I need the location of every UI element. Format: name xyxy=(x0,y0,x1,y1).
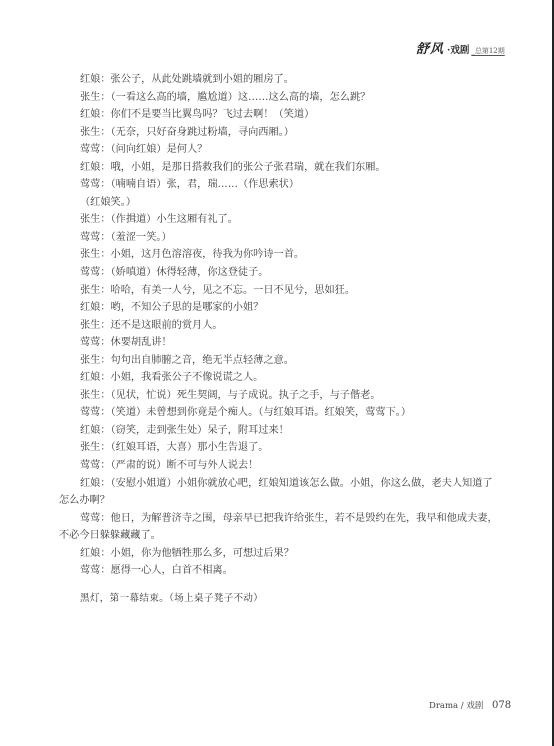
footer-section-label: Drama / 戏剧 xyxy=(429,701,483,711)
dialogue-line: 莺莺：（问向红娘）是何人？ xyxy=(59,141,529,159)
section-label: ·戏剧 xyxy=(447,42,469,56)
dialogue-continuation: 不必今日躲躲藏藏了。 xyxy=(59,527,529,545)
page-header: 舒风 ·戏剧 _总第12期 xyxy=(416,38,505,54)
dialogue-line: 张生：（一看这么高的墙，尴尬道）这……这么高的墙，怎么跳？ xyxy=(59,89,529,107)
dialogue-line: 红娘：（安慰小姐道）小姐你就放心吧，红娘知道该怎么做。小姐，你这么做，老夫人知道… xyxy=(59,475,529,493)
dialogue-line: 红娘：哟，不知公子思的是哪家的小姐？ xyxy=(59,299,529,317)
stage-direction: （红娘笑。） xyxy=(59,194,529,212)
script-body: 红娘：张公子，从此处跳墙就到小姐的厢房了。 张生：（一看这么高的墙，尴尬道）这…… xyxy=(59,71,529,580)
dialogue-line: 红娘：哦，小姐，是那日搭救我们的张公子张君瑞，就在我们东厢。 xyxy=(59,159,529,177)
dialogue-line: 张生：还不是这眼前的赏月人。 xyxy=(59,317,529,335)
page-number: 078 xyxy=(492,700,511,711)
dialogue-line: 红娘：你们不是要当比翼鸟吗？飞过去啊！（笑道） xyxy=(59,106,529,124)
dialogue-line: 张生：句句出自肺腑之音，绝无半点轻薄之意。 xyxy=(59,352,529,370)
scene-end-direction: 黑灯，第一幕结束。（场上桌子凳子不动） xyxy=(80,590,263,604)
dialogue-line: 红娘：（窃笑，走到张生处）呆子，附耳过来！ xyxy=(59,422,529,440)
issue-number: _总第12期 xyxy=(471,46,504,56)
dialogue-line: 红娘：小姐，你为他牺牲那么多，可想过后果？ xyxy=(59,545,529,563)
dialogue-line: 莺莺：（严肃的说）断不可与外人说去！ xyxy=(59,457,529,475)
dialogue-line: 张生：（无奈，只好奋身跳过粉墙，寻向西厢。） xyxy=(59,124,529,142)
dialogue-line: 红娘：张公子，从此处跳墙就到小姐的厢房了。 xyxy=(59,71,529,89)
dialogue-line: 红娘：小姐，我看张公子不像说谎之人。 xyxy=(59,369,529,387)
dialogue-line: 莺莺：（羞涩一笑。） xyxy=(59,229,529,247)
dialogue-line: 张生：（见状，忙说）死生契阔，与子成说。执子之手，与子偕老。 xyxy=(59,387,529,405)
dialogue-line: 莺莺：（喃喃自语）张，君，瑞……（作思索状） xyxy=(59,176,529,194)
dialogue-line: 莺莺：（笑道）未曾想到你竟是个痴人。（与红娘耳语。红娘笑，莺莺下。） xyxy=(59,404,529,422)
dialogue-line: 张生：（红娘耳语，大喜）那小生告退了。 xyxy=(59,439,529,457)
dialogue-line: 莺莺：休要胡乱讲！ xyxy=(59,334,529,352)
dialogue-line: 莺莺：愿得一心人，白首不相离。 xyxy=(59,562,529,580)
dialogue-line: 张生：小姐，这月色溶溶夜，待我为你吟诗一首。 xyxy=(59,246,529,264)
dialogue-line: 张生：（作揖道）小生这厢有礼了。 xyxy=(59,211,529,229)
page-footer: Drama / 戏剧 078 xyxy=(429,699,511,711)
dialogue-continuation: 怎么办啊？ xyxy=(59,492,529,510)
dialogue-line: 莺莺：（娇嗔道）休得轻薄，你这登徒子。 xyxy=(59,264,529,282)
dialogue-line: 莺莺：他日，为解普济寺之围，母亲早已把我许给张生，若不是毁约在先，我早和他成夫妻… xyxy=(59,510,529,528)
magazine-logo: 舒风 xyxy=(416,38,444,57)
dialogue-line: 张生：哈哈，有美一人兮，见之不忘。一日不见兮，思如狂。 xyxy=(59,282,529,300)
